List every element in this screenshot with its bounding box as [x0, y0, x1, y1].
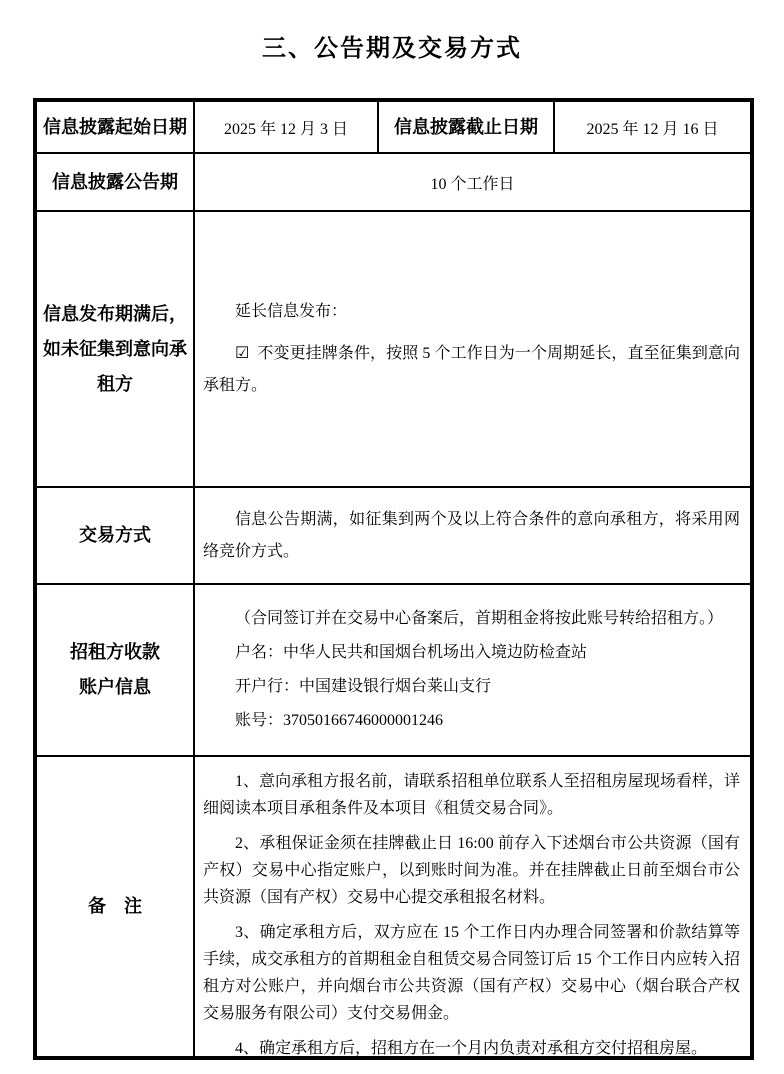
remarks-content: 1、意向承租方报名前，请联系招租单位联系人至招租房屋现场看样，详细阅读本项目承租…: [195, 757, 750, 1056]
trade-method-label: 交易方式: [37, 488, 195, 585]
trade-method-content: 信息公告期满，如征集到两个及以上符合条件的意向承租方，将采用网络竞价方式。: [195, 488, 750, 585]
disclosure-end-label: 信息披露截止日期: [379, 102, 555, 154]
account-bank: 开户行：中国建设银行烟台莱山支行: [235, 670, 740, 704]
extension-content: 延长信息发布： ☑不变更挂牌条件，按照 5 个工作日为一个周期延长，直至征集到意…: [195, 212, 750, 488]
extension-option: ☑不变更挂牌条件，按照 5 个工作日为一个周期延长，直至征集到意向承租方。: [203, 338, 740, 402]
remark-item-3: 3、确定承租方后，双方应在 15 个工作日内办理合同签署和价款结算等手续，成交承…: [203, 919, 740, 1027]
announcement-period-label: 信息披露公告期: [37, 154, 195, 212]
extension-intro: 延长信息发布：: [203, 296, 740, 328]
remark-item-1: 1、意向承租方报名前，请联系招租单位联系人至招租房屋现场看样，详细阅读本项目承租…: [203, 768, 740, 822]
extension-option-text: 不变更挂牌条件，按照 5 个工作日为一个周期延长，直至征集到意向承租方。: [203, 345, 740, 394]
account-label: 招租方收款 账户信息: [37, 585, 195, 757]
page-title: 三、公告期及交易方式: [0, 28, 784, 63]
remark-item-2: 2、承租保证金须在挂牌截止日 16:00 前存入下述烟台市公共资源（国有产权）交…: [203, 830, 740, 911]
remark-item-4: 4、确定承租方后，招租方在一个月内负责对承租方交付招租房屋。: [203, 1035, 740, 1056]
announcement-table: 信息披露起始日期 2025 年 12 月 3 日 信息披露截止日期 2025 年…: [33, 98, 754, 1060]
account-content: （合同签订并在交易中心备案后，首期租金将按此账号转给招租方。） 户名：中华人民共…: [195, 585, 750, 757]
extension-label: 信息发布期满后， 如未征集到意向承 租方: [37, 212, 195, 488]
disclosure-end-value: 2025 年 12 月 16 日: [555, 102, 750, 154]
account-note: （合同签订并在交易中心备案后，首期租金将按此账号转给招租方。）: [235, 602, 740, 636]
remarks-label: 备 注: [37, 757, 195, 1056]
trade-method-text: 信息公告期满，如征集到两个及以上符合条件的意向承租方，将采用网络竞价方式。: [203, 504, 740, 568]
account-holder: 户名：中华人民共和国烟台机场出入境边防检查站: [235, 636, 740, 670]
disclosure-start-value: 2025 年 12 月 3 日: [195, 102, 379, 154]
disclosure-start-label: 信息披露起始日期: [37, 102, 195, 154]
announcement-period-value: 10 个工作日: [195, 154, 750, 212]
account-number: 账号：37050166746000001246: [235, 704, 740, 738]
checked-checkbox-icon: ☑: [235, 345, 249, 362]
